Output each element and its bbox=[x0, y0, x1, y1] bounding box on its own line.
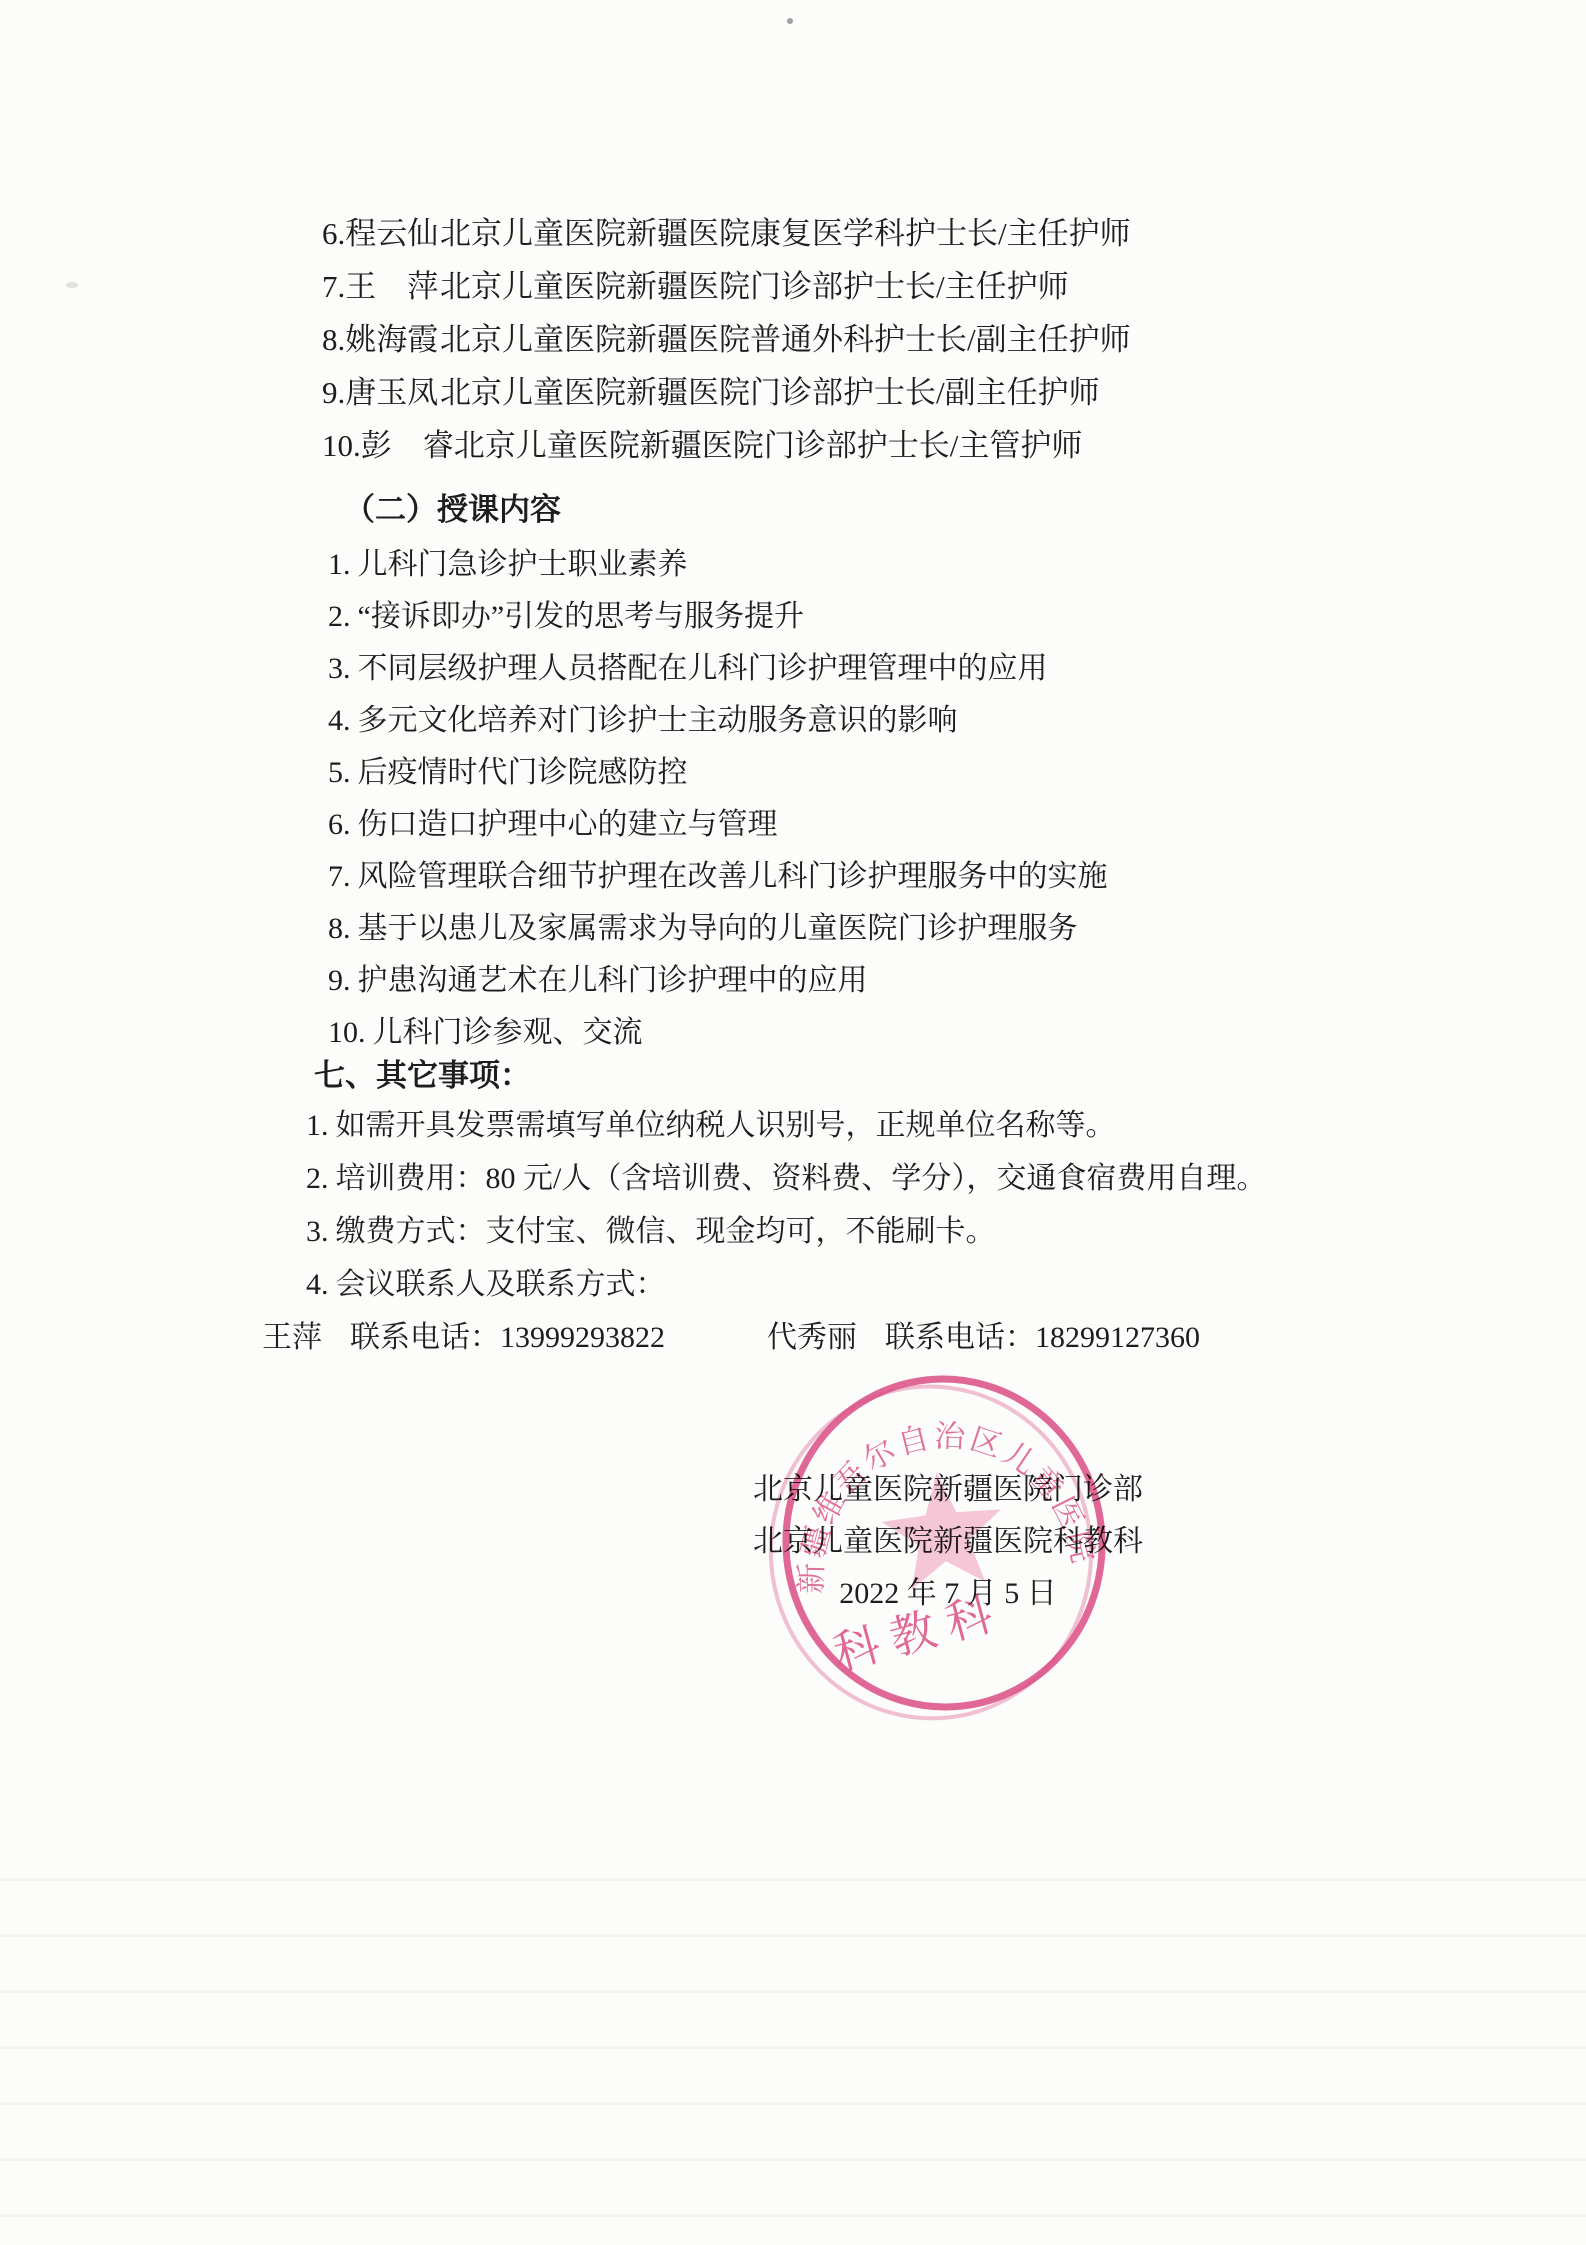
lecture-item-text: 后疫情时代门诊院感防控 bbox=[358, 756, 688, 789]
seal-bottom-text: 科教科 bbox=[828, 1586, 1009, 1680]
lecture-item-number: 2. bbox=[328, 600, 351, 633]
lecture-item-number: 6. bbox=[328, 808, 351, 841]
instructor-title: 北京儿童医院新疆医院康复医学科护士长/主任护师 bbox=[440, 207, 1131, 260]
lecture-item: 8.基于以患儿及家属需求为导向的儿童医院门诊护理服务 bbox=[328, 903, 1108, 955]
instructor-row: 8.姚海霞 北京儿童医院新疆医院普通外科护士长/副主任护师 bbox=[322, 313, 1131, 366]
instructor-name: 唐玉凤 bbox=[345, 375, 438, 410]
scan-band bbox=[0, 1990, 1586, 1993]
lecture-item-number: 4. bbox=[328, 704, 351, 737]
lecture-item-text: 多元文化培养对门诊护士主动服务意识的影响 bbox=[358, 704, 958, 737]
instructor-name: 彭 睿 bbox=[361, 428, 454, 463]
other-item: 4.会议联系人及联系方式： bbox=[306, 1258, 1266, 1311]
instructor-row: 7.王 萍 北京儿童医院新疆医院门诊部护士长/主任护师 bbox=[322, 260, 1131, 313]
other-item: 1.如需开具发票需填写单位纳税人识别号，正规单位名称等。 bbox=[306, 1099, 1266, 1152]
lecture-item-number: 9. bbox=[328, 964, 351, 997]
document-page: 6.程云仙 北京儿童医院新疆医院康复医学科护士长/主任护师 7.王 萍 北京儿童… bbox=[0, 0, 1586, 2245]
scan-band bbox=[0, 2214, 1586, 2217]
instructor-number: 10. bbox=[322, 428, 361, 463]
scan-band bbox=[0, 2158, 1586, 2161]
lecture-item-text: 伤口造口护理中心的建立与管理 bbox=[358, 808, 778, 841]
other-section-heading: 七、其它事项： bbox=[314, 1049, 531, 1102]
instructor-number: 6. bbox=[322, 216, 345, 251]
lecture-item-number: 3. bbox=[328, 652, 351, 685]
instructor-row: 6.程云仙 北京儿童医院新疆医院康复医学科护士长/主任护师 bbox=[322, 207, 1131, 260]
contact-phone-1: 13999293822 bbox=[500, 1321, 665, 1354]
instructor-number: 7. bbox=[322, 269, 345, 304]
lecture-item: 5.后疫情时代门诊院感防控 bbox=[328, 747, 1108, 799]
lecture-item: 7.风险管理联合细节护理在改善儿科门诊护理服务中的实施 bbox=[328, 851, 1108, 903]
other-item-number: 1. bbox=[306, 1109, 329, 1142]
instructor-name: 程云仙 bbox=[345, 216, 438, 251]
lecture-item: 2.“接诉即办”引发的思考与服务提升 bbox=[328, 591, 1108, 643]
instructor-row: 9.唐玉凤 北京儿童医院新疆医院门诊部护士长/副主任护师 bbox=[322, 366, 1131, 419]
lecture-item-text: “接诉即办”引发的思考与服务提升 bbox=[358, 600, 805, 633]
lecture-item-text: 不同层级护理人员搭配在儿科门诊护理管理中的应用 bbox=[358, 652, 1048, 685]
instructor-title: 北京儿童医院新疆医院普通外科护士长/副主任护师 bbox=[440, 313, 1131, 366]
lecture-item: 9.护患沟通艺术在儿科门诊护理中的应用 bbox=[328, 955, 1108, 1007]
other-item-text: 培训费用：80 元/人（含培训费、资料费、学分），交通食宿费用自理。 bbox=[336, 1162, 1267, 1195]
other-item-number: 4. bbox=[306, 1268, 329, 1301]
scan-band bbox=[0, 2102, 1586, 2105]
instructor-row: 10.彭 睿 北京儿童医院新疆医院门诊部护士长/主管护师 bbox=[322, 419, 1131, 472]
other-item-text: 如需开具发票需填写单位纳税人识别号，正规单位名称等。 bbox=[336, 1109, 1116, 1142]
other-item-number: 2. bbox=[306, 1162, 329, 1195]
lecture-item: 1.儿科门急诊护士职业素养 bbox=[328, 539, 1108, 591]
instructor-name: 王 萍 bbox=[345, 269, 438, 304]
scan-speck bbox=[66, 282, 78, 288]
instructor-name: 姚海霞 bbox=[345, 322, 438, 357]
seal-star-icon bbox=[877, 1466, 1008, 1592]
lecture-item-number: 8. bbox=[328, 912, 351, 945]
official-seal: 新疆维吾尔自治区儿童医院 科教科 bbox=[744, 1343, 1144, 1743]
contact-label-1: 联系电话： bbox=[350, 1321, 500, 1354]
instructor-list: 6.程云仙 北京儿童医院新疆医院康复医学科护士长/主任护师 7.王 萍 北京儿童… bbox=[322, 207, 1131, 472]
instructor-title: 北京儿童医院新疆医院门诊部护士长/主任护师 bbox=[440, 260, 1069, 313]
lecture-item-number: 1. bbox=[328, 548, 351, 581]
scan-speck bbox=[787, 18, 793, 24]
instructor-title: 北京儿童医院新疆医院门诊部护士长/主管护师 bbox=[454, 419, 1083, 472]
lecture-list: 1.儿科门急诊护士职业素养 2.“接诉即办”引发的思考与服务提升 3.不同层级护… bbox=[328, 539, 1108, 1059]
lecture-item-text: 基于以患儿及家属需求为导向的儿童医院门诊护理服务 bbox=[358, 912, 1078, 945]
other-item-text: 会议联系人及联系方式： bbox=[336, 1268, 666, 1301]
lecture-item-number: 5. bbox=[328, 756, 351, 789]
lecture-item: 3.不同层级护理人员搭配在儿科门诊护理管理中的应用 bbox=[328, 643, 1108, 695]
scan-band bbox=[0, 2046, 1586, 2049]
lecture-item-text: 儿科门诊参观、交流 bbox=[373, 1016, 643, 1049]
other-item-text: 缴费方式：支付宝、微信、现金均可，不能刷卡。 bbox=[336, 1215, 996, 1248]
other-item: 2.培训费用：80 元/人（含培训费、资料费、学分），交通食宿费用自理。 bbox=[306, 1152, 1266, 1205]
other-item-number: 3. bbox=[306, 1215, 329, 1248]
instructor-title: 北京儿童医院新疆医院门诊部护士长/副主任护师 bbox=[440, 366, 1100, 419]
contact-name-1: 王萍 bbox=[262, 1321, 322, 1354]
lecture-item: 4.多元文化培养对门诊护士主动服务意识的影响 bbox=[328, 695, 1108, 747]
lecture-section-heading: （二）授课内容 bbox=[344, 484, 561, 536]
instructor-number: 9. bbox=[322, 375, 345, 410]
instructor-number: 8. bbox=[322, 322, 345, 357]
scan-band bbox=[0, 1934, 1586, 1937]
lecture-item-text: 风险管理联合细节护理在改善儿科门诊护理服务中的实施 bbox=[358, 860, 1108, 893]
lecture-item-text: 儿科门急诊护士职业素养 bbox=[358, 548, 688, 581]
lecture-item: 6.伤口造口护理中心的建立与管理 bbox=[328, 799, 1108, 851]
other-list: 1.如需开具发票需填写单位纳税人识别号，正规单位名称等。 2.培训费用：80 元… bbox=[306, 1099, 1266, 1311]
other-item: 3.缴费方式：支付宝、微信、现金均可，不能刷卡。 bbox=[306, 1205, 1266, 1258]
lecture-item-number: 10. bbox=[328, 1016, 366, 1049]
lecture-item-number: 7. bbox=[328, 860, 351, 893]
scan-band bbox=[0, 1878, 1586, 1881]
lecture-item-text: 护患沟通艺术在儿科门诊护理中的应用 bbox=[358, 964, 868, 997]
